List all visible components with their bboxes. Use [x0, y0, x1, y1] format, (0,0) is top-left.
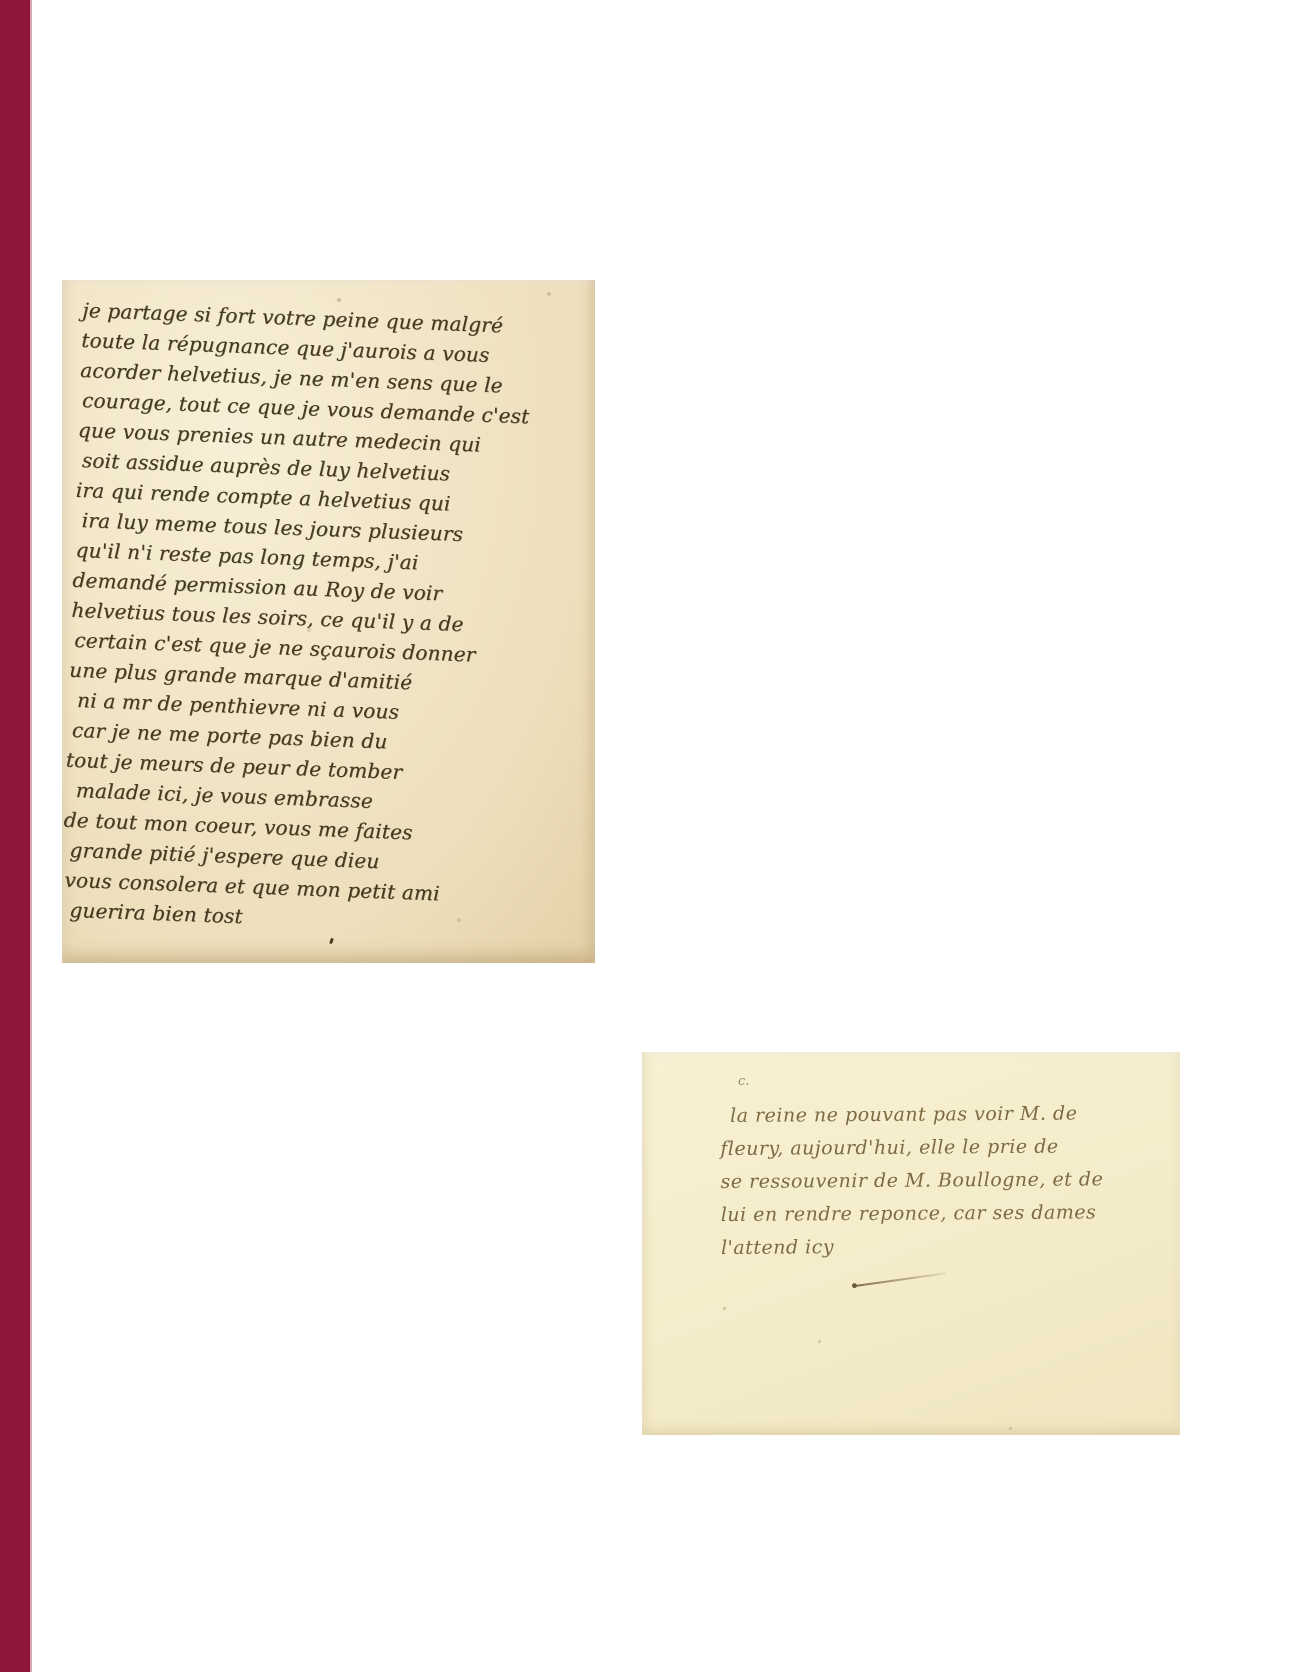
- note-manuscript-image: c. la reine ne pouvant pas voir M. de fl…: [642, 1052, 1180, 1435]
- paper-foxing-specks: [723, 1307, 726, 1310]
- corner-ink-mark: c.: [738, 1074, 749, 1089]
- manuscript-line: l'attend icy: [721, 1229, 1104, 1265]
- page-accent-stripe: [0, 0, 32, 1672]
- manuscript-line: fleury, aujourd'hui, elle le prie de: [720, 1130, 1103, 1166]
- note-handwriting-block: la reine ne pouvant pas voir M. de fleur…: [720, 1097, 1104, 1265]
- letter-handwriting-block: je partage si fort votre peine que malgr…: [62, 295, 585, 943]
- catalog-page: { "page": { "background_color": "#ffffff…: [0, 0, 1301, 1672]
- ink-speck: [329, 938, 334, 945]
- manuscript-line: lui en rendre reponce, car ses dames: [721, 1196, 1104, 1232]
- manuscript-line: se ressouvenir de M. Boullogne, et de: [720, 1163, 1103, 1199]
- paper-foxing-specks: [337, 298, 341, 302]
- pen-flourish-stroke: [855, 1272, 946, 1287]
- manuscript-line: la reine ne pouvant pas voir M. de: [730, 1097, 1103, 1133]
- letter-manuscript-image: je partage si fort votre peine que malgr…: [62, 280, 595, 963]
